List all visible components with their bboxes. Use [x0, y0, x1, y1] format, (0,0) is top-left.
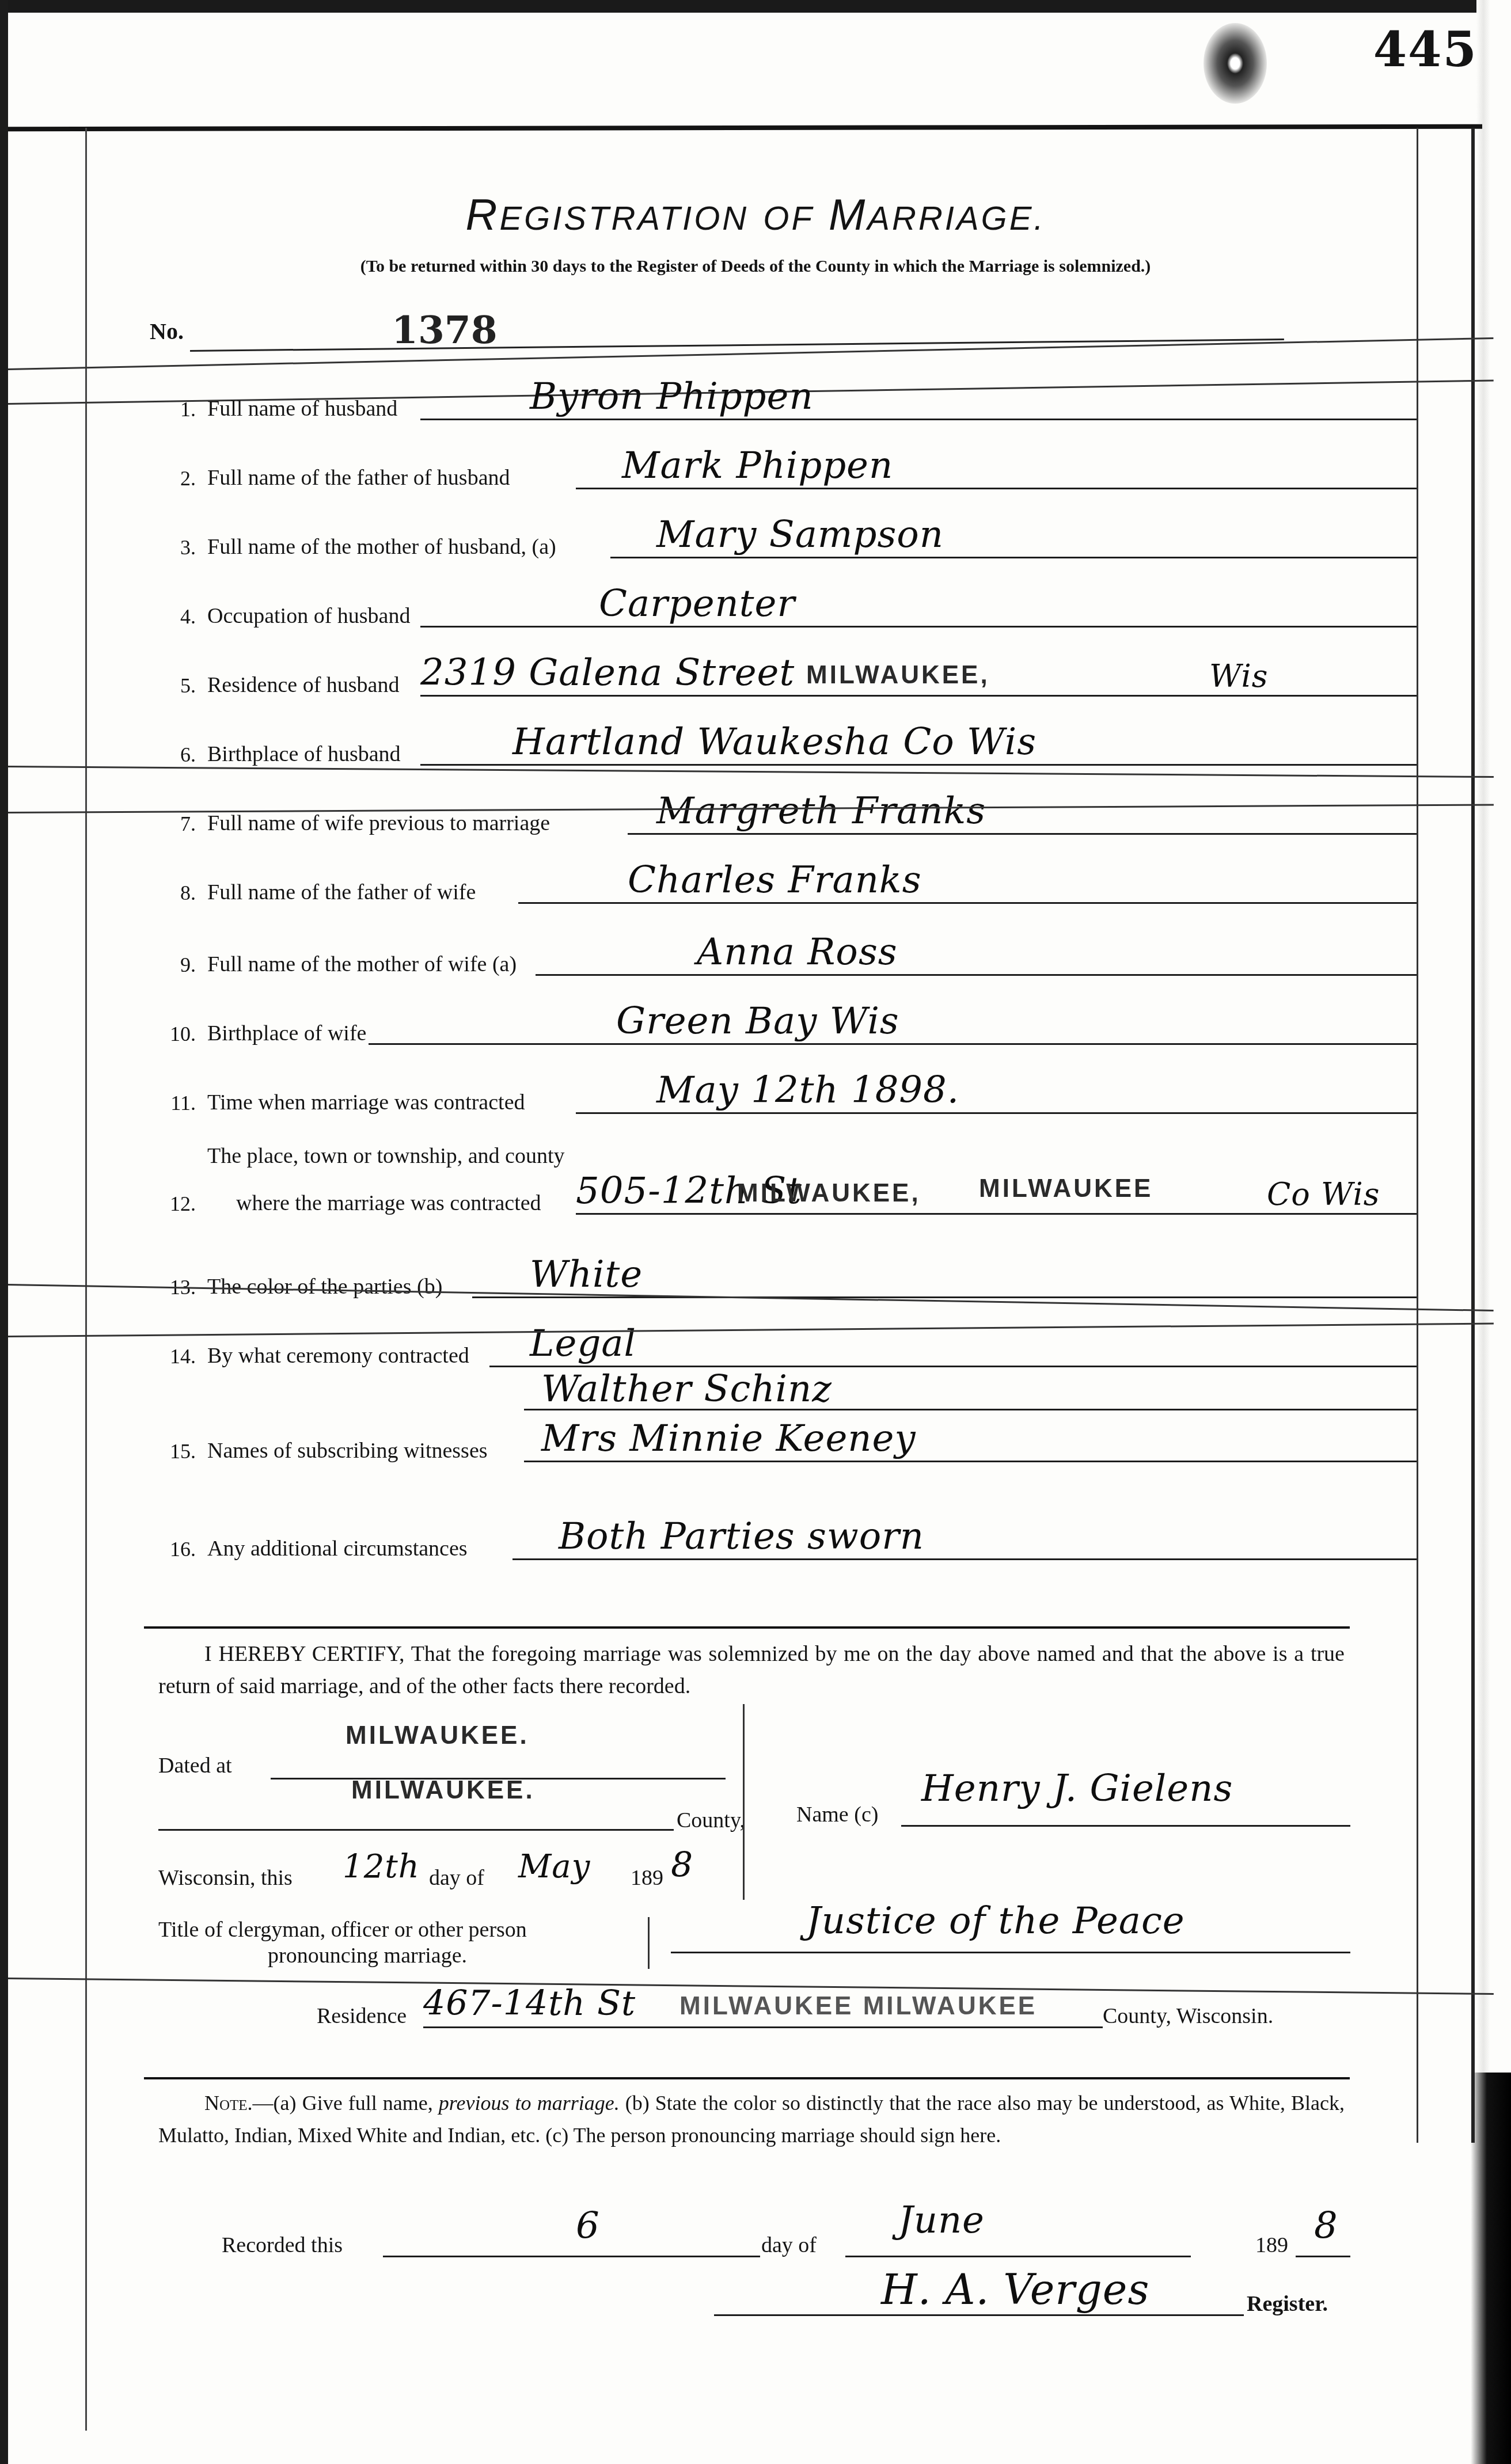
- recorded-day-of-label: day of: [761, 2233, 817, 2258]
- year-suffix: 8: [671, 1845, 693, 1885]
- field-row: 9.Full name of the mother of wife (a)Ann…: [132, 936, 1417, 982]
- frame-right-outer: [1471, 128, 1475, 2143]
- field-label: Full name of the mother of wife (a): [207, 952, 517, 977]
- field-label: Full name of the father of husband: [207, 465, 510, 490]
- register-signature: H. A. Verges: [881, 2265, 1149, 2314]
- field-label: The place, town or township, and county: [207, 1143, 565, 1169]
- field-value: Walther Schinz: [541, 1368, 832, 1410]
- milwaukee-stamp: MILWAUKEE,: [806, 661, 990, 690]
- frame-right: [1417, 128, 1418, 2143]
- title-label-1: Title of clergyman, officer or other per…: [158, 1917, 527, 1942]
- field-label-continued: where the marriage was contracted: [236, 1191, 541, 1216]
- field-line: [524, 1461, 1417, 1462]
- strike-line: [8, 337, 1493, 370]
- field-row: 11.Time when marriage was contractedMay …: [132, 1074, 1417, 1120]
- field-row: 3.Full name of the mother of husband, (a…: [132, 518, 1417, 564]
- field-row: 4.Occupation of husbandCarpenter: [132, 587, 1417, 633]
- field-value: 2319 Galena Street: [420, 652, 795, 694]
- field-label: Full name of the mother of husband, (a): [207, 534, 556, 560]
- field-number: 4.: [161, 604, 196, 629]
- field-line: [536, 974, 1417, 976]
- field-line: [518, 902, 1417, 904]
- field-value: Anna Ross: [697, 931, 898, 974]
- register-line: [714, 2314, 1244, 2316]
- field-line: [576, 488, 1417, 489]
- number-label: No.: [150, 318, 184, 345]
- residence-value: 467-14th St: [423, 1983, 636, 2024]
- field-number: 14.: [161, 1344, 196, 1368]
- field-row: 15.Names of subscribing witnessesWalther…: [132, 1422, 1417, 1468]
- field-number: 10.: [161, 1022, 196, 1046]
- field-line: [472, 1296, 1417, 1298]
- note-text: Note.—(a) Give full name, previous to ma…: [158, 2087, 1345, 2151]
- field-number: 16.: [161, 1537, 196, 1561]
- field-label: Residence of husband: [207, 672, 399, 698]
- field-line: [576, 1213, 1417, 1215]
- field-label: Any additional circumstances: [207, 1536, 468, 1561]
- form-title: REGISTRATION OF MARRIAGE.: [0, 190, 1511, 240]
- residence-suffix: County, Wisconsin.: [1103, 2003, 1273, 2029]
- residence-line: [423, 2026, 1103, 2028]
- field-number: 9.: [161, 953, 196, 977]
- field-number: 7.: [161, 812, 196, 836]
- field-label: Full name of husband: [207, 396, 397, 421]
- field-line: [420, 764, 1417, 766]
- field-number: 15.: [161, 1439, 196, 1463]
- field-line: [420, 419, 1417, 420]
- scan-edge-left: [0, 0, 8, 2464]
- field-value: Mary Sampson: [656, 514, 944, 556]
- recorded-day-line: [383, 2256, 760, 2257]
- register-label: Register.: [1247, 2291, 1328, 2317]
- recorded-month: June: [898, 2199, 985, 2242]
- field-row: 7.Full name of wife previous to marriage…: [132, 794, 1417, 841]
- field-label: By what ceremony contracted: [207, 1343, 469, 1368]
- day-of-label: day of: [429, 1865, 484, 1891]
- name-line: [901, 1825, 1350, 1827]
- field-number: 8.: [161, 881, 196, 905]
- county-stamp: MILWAUKEE.: [351, 1776, 535, 1805]
- field-value: Hartland Waukesha Co Wis: [512, 721, 1037, 763]
- field-value: Charles Franks: [628, 859, 921, 902]
- dated-at-label: Dated at: [158, 1753, 232, 1778]
- frame-left: [85, 128, 87, 2431]
- field-value: Margreth Franks: [656, 790, 986, 832]
- recorded-day: 6: [576, 2205, 600, 2248]
- field-row: 1.Full name of husbandByron Phippen: [132, 380, 1417, 426]
- field-label: Full name of the father of wife: [207, 880, 476, 905]
- field-number: 2.: [161, 466, 196, 490]
- field-value: Legal: [530, 1322, 636, 1365]
- top-rule: [8, 124, 1482, 131]
- field-row: 10.Birthplace of wifeGreen Bay Wis: [132, 1005, 1417, 1051]
- field-value-secondary: Mrs Minnie Keeney: [541, 1417, 916, 1460]
- dated-at-stamp: MILWAUKEE.: [346, 1721, 529, 1750]
- field-line: [512, 1558, 1417, 1560]
- field-line: [489, 1366, 1417, 1367]
- page-number: 445: [1373, 21, 1478, 78]
- field-label: Time when marriage was contracted: [207, 1090, 525, 1115]
- field-label: Names of subscribing witnesses: [207, 1438, 488, 1463]
- form-subtitle: (To be returned within 30 days to the Re…: [0, 257, 1511, 276]
- recorded-year-suffix: 8: [1314, 2205, 1338, 2248]
- number-value: 1378: [392, 307, 498, 352]
- field-value-suffix: Co Wis: [1267, 1176, 1380, 1212]
- field-number: 11.: [161, 1091, 196, 1115]
- field-number: 3.: [161, 535, 196, 560]
- field-value: Byron Phippen: [530, 375, 814, 418]
- field-value: Carpenter: [599, 583, 795, 625]
- field-number: 12.: [161, 1192, 196, 1216]
- field-label: Birthplace of husband: [207, 742, 401, 767]
- title-label-2: pronouncing marriage.: [268, 1943, 467, 1968]
- field-line: [610, 557, 1417, 558]
- field-number: 5.: [161, 674, 196, 698]
- field-value: Both Parties sworn: [559, 1515, 924, 1558]
- section-rule: [144, 1626, 1350, 1629]
- field-row: 6.Birthplace of husbandHartland Waukesha…: [132, 725, 1417, 771]
- field-row: 8.Full name of the father of wifeCharles…: [132, 864, 1417, 910]
- officiant-signature: Henry J. Gielens: [921, 1767, 1233, 1810]
- field-label: Birthplace of wife: [207, 1021, 366, 1046]
- name-label: Name (c): [796, 1802, 878, 1827]
- field-line: [420, 626, 1417, 628]
- wisconsin-this-label: Wisconsin, this: [158, 1865, 293, 1891]
- county-line: [158, 1829, 674, 1831]
- field-value: May 12th 1898.: [656, 1069, 959, 1112]
- milwaukee-county-stamp: MILWAUKEE: [979, 1174, 1153, 1203]
- day-value: 12th: [343, 1848, 420, 1885]
- field-line: [628, 833, 1417, 835]
- recorded-month-line: [845, 2256, 1191, 2257]
- brace: [648, 1917, 650, 1969]
- scan-shadow: [1471, 2073, 1511, 2464]
- field-row: 12.The place, town or township, and coun…: [132, 1174, 1417, 1220]
- field-value-suffix: Wis: [1209, 658, 1269, 694]
- field-label: The color of the parties (b): [207, 1274, 442, 1299]
- field-row: 5.Residence of husband2319 Galena Street…: [132, 656, 1417, 702]
- month-value: May: [518, 1848, 590, 1885]
- county-label: County,: [677, 1808, 745, 1833]
- field-line: [524, 1409, 1417, 1410]
- field-row: 16.Any additional circumstancesBoth Part…: [132, 1520, 1417, 1566]
- field-label: Full name of wife previous to marriage: [207, 811, 550, 836]
- scan-edge-top: [0, 0, 1511, 13]
- year-prefix: 189: [631, 1865, 663, 1891]
- field-value: Green Bay Wis: [616, 1000, 899, 1043]
- residence-stamp: MILWAUKEE MILWAUKEE: [679, 1992, 1037, 2021]
- field-line: [576, 1112, 1417, 1114]
- binding-hole: [1204, 23, 1267, 104]
- milwaukee-stamp: MILWAUKEE,: [737, 1179, 921, 1208]
- brace: [743, 1704, 745, 1900]
- field-number: 1.: [161, 397, 196, 421]
- residence-label: Residence: [317, 2003, 407, 2029]
- recorded-year-prefix: 189: [1255, 2233, 1288, 2258]
- field-label: Occupation of husband: [207, 603, 410, 629]
- field-number: 6.: [161, 743, 196, 767]
- field-value: White: [530, 1253, 643, 1296]
- title-line: [671, 1952, 1350, 1953]
- recorded-year-line: [1296, 2256, 1350, 2257]
- field-line: [420, 695, 1417, 697]
- certification-text: I HEREBY CERTIFY, That the foregoing mar…: [158, 1638, 1345, 1702]
- recorded-label: Recorded this: [222, 2233, 343, 2258]
- field-value: Mark Phippen: [622, 444, 893, 487]
- field-line: [369, 1043, 1417, 1045]
- section-rule: [144, 2077, 1350, 2079]
- officiant-title: Justice of the Peace: [806, 1900, 1185, 1942]
- field-row: 2.Full name of the father of husbandMark…: [132, 449, 1417, 495]
